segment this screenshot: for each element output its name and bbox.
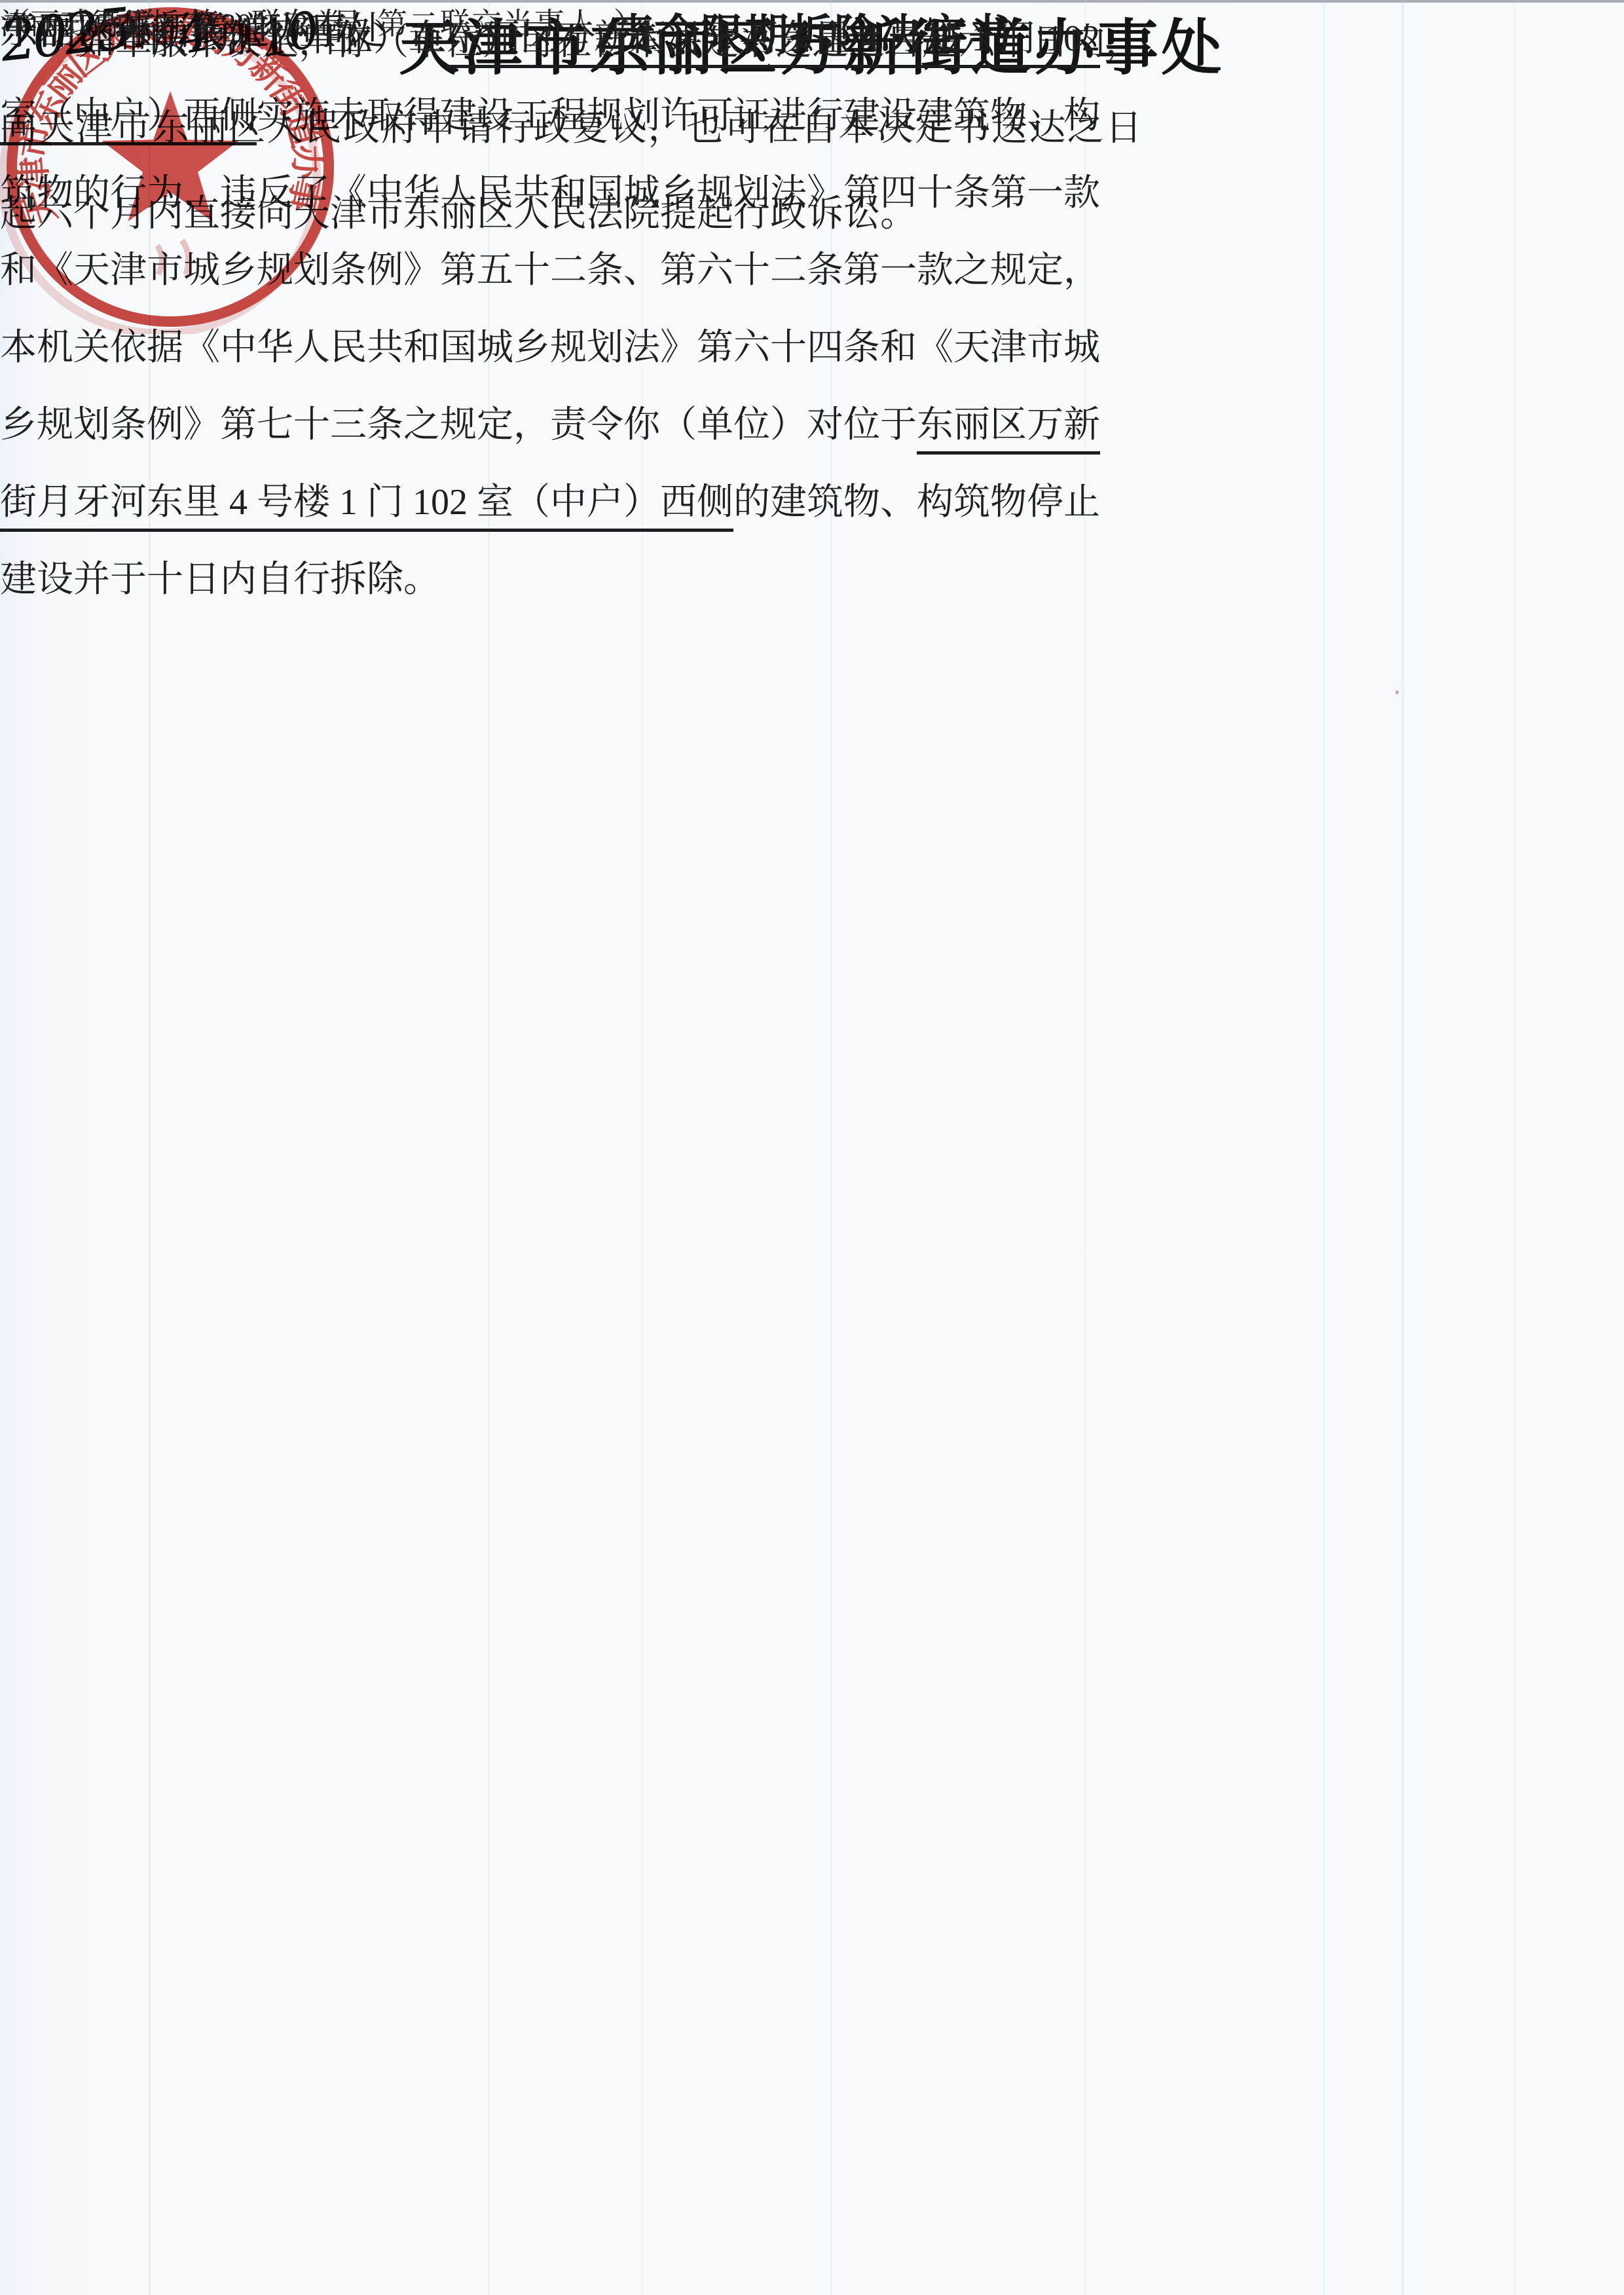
scan-speck: [1395, 690, 1399, 694]
official-seal-stamp: 天津市东丽区人民政府万新街道办事处: [0, 0, 341, 334]
scanned-document-page: 天津市东丽区万新街道办事处 责令限期拆除决定书 津丽万街行拆字(2025)21 …: [0, 0, 1624, 2295]
footer-copies-note: （一式两联。第一联存卷，第二联交当事人。）: [0, 0, 645, 43]
body-line: 街月牙河东里 4 号楼 1 门 102 室（中户）西侧的建筑物、构筑物停止: [0, 464, 1100, 541]
underlined-address-text: 东丽区万新: [917, 405, 1100, 455]
scan-streak: [1514, 0, 1515, 2295]
underlined-address-text: 街月牙河东里 4 号楼 1 门 102 室（中户）西侧: [0, 482, 733, 532]
seal-ghost-smudge: [157, 240, 189, 274]
body-line: 建设并于十日内自行拆除。: [0, 541, 1100, 618]
scan-streak: [1323, 0, 1325, 2295]
text-segment: 乡规划条例》第七十三条之规定，责令你（单位）对位于: [0, 405, 917, 445]
scan-streak: [1401, 0, 1404, 2295]
text-segment: 的建筑物、构筑物停止: [733, 482, 1100, 523]
body-line: 乡规划条例》第七十三条之规定，责令你（单位）对位于东丽区万新: [0, 386, 1100, 464]
text-segment: 建设并于十日内自行拆除。: [0, 559, 440, 600]
star-icon: [101, 91, 238, 221]
